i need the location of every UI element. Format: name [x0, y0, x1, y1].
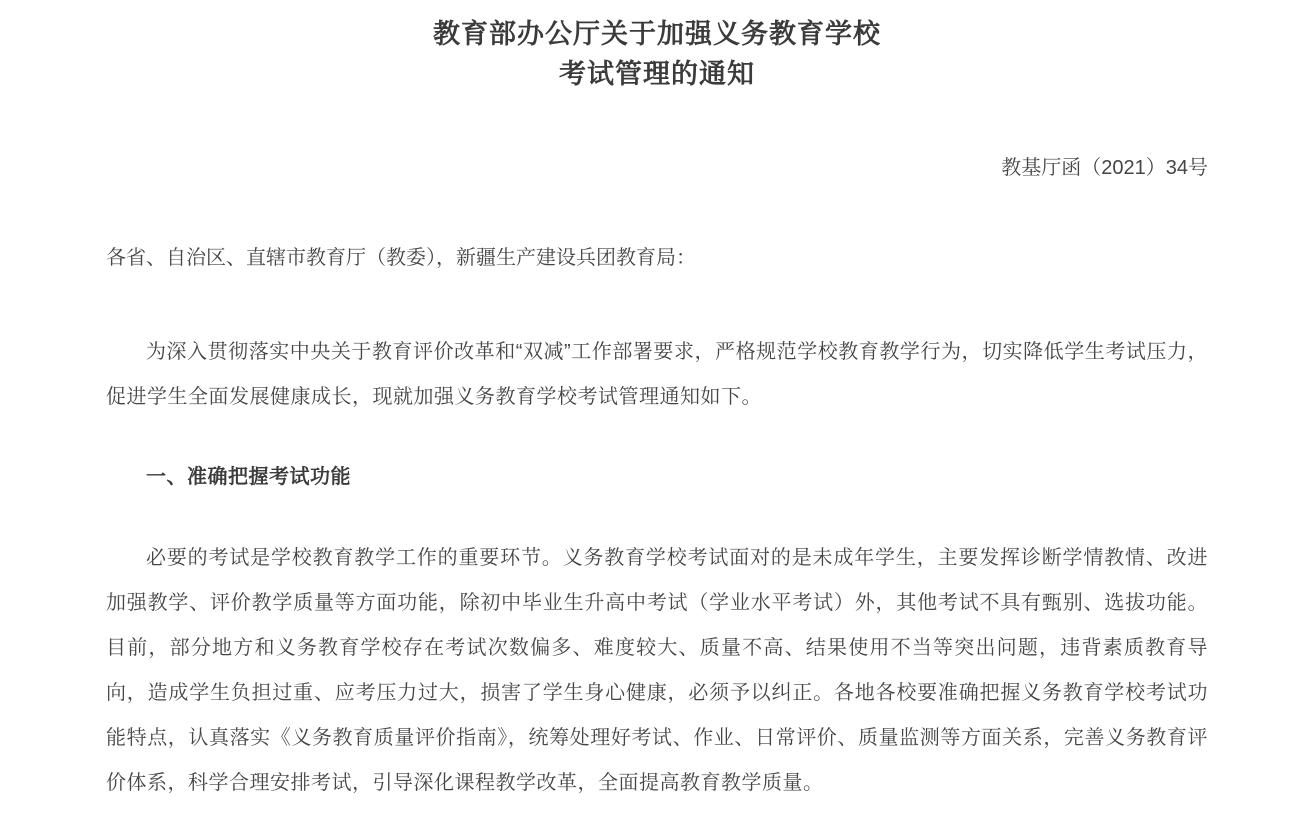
notice-document: 教育部办公厅关于加强义务教育学校 考试管理的通知 教基厅函（2021）34号 各… [106, 14, 1208, 806]
intro-paragraph: 为深入贯彻落实中央关于教育评价改革和“双减”工作部署要求，严格规范学校教育教学行… [106, 330, 1208, 420]
section-1-heading: 一、准确把握考试功能 [106, 462, 1208, 492]
document-title-line2: 考试管理的通知 [106, 54, 1208, 94]
section-1-body: 必要的考试是学校教育教学工作的重要环节。义务教育学校考试面对的是未成年学生，主要… [106, 536, 1208, 806]
document-title: 教育部办公厅关于加强义务教育学校 考试管理的通知 [106, 14, 1208, 94]
salutation: 各省、自治区、直辖市教育厅（教委），新疆生产建设兵团教育局： [106, 244, 1208, 272]
document-title-line1: 教育部办公厅关于加强义务教育学校 [106, 14, 1208, 54]
document-number: 教基厅函（2021）34号 [106, 154, 1208, 182]
